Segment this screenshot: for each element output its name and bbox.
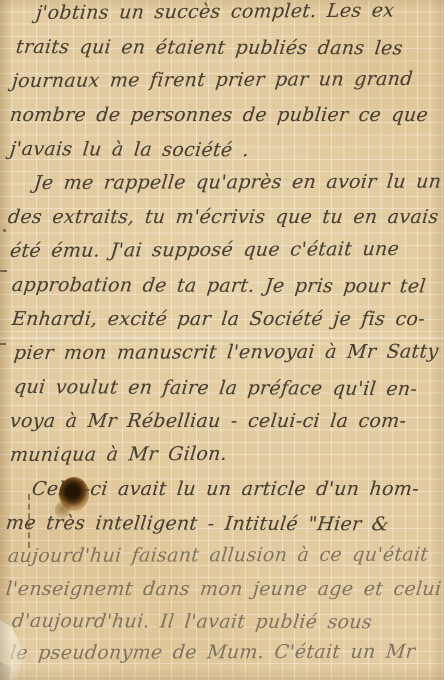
handwriting-line: voya à Mr Rébelliau - celui-ci la com- [9, 410, 408, 433]
handwriting-line: j'obtins un succès complet. Les ex [35, 0, 396, 25]
handwriting-line: l'enseignemt dans mon jeune age et celui [5, 578, 443, 601]
letter-page: j'obtins un succès complet. Les extraits… [0, 0, 444, 680]
handwriting-line: le pseudonyme de Mum. C'était un Mr [9, 641, 416, 665]
handwriting-line: pier mon manuscrit l'envoyai à Mr Satty [13, 341, 440, 365]
handwriting-line: qui voulut en faire la préface qu'il en- [13, 376, 419, 401]
handwriting-line: des extraits, tu m'écrivis que tu en ava… [7, 206, 440, 229]
handwriting-line: d'aujourd'hui. Il l'avait publié sous [11, 610, 373, 634]
handwriting-line: été ému. J'ai supposé que c'était une [9, 238, 400, 263]
handwriting-line: Je me rappelle qu'après en avoir lu un [33, 171, 443, 195]
handwriting-line: Enhardi, excité par la Société je fis co… [11, 308, 426, 331]
handwriting-line: journaux me firent prier par un grand [11, 68, 414, 93]
letter-lines: j'obtins un succès complet. Les extraits… [0, 0, 444, 680]
handwriting-line: traits qui en étaient publiés dans les [15, 36, 404, 60]
handwriting-line: approbation de ta part. Je pris pour tel [11, 274, 427, 298]
handwriting-line: Celui-ci avait lu un article d'un hom- [31, 478, 420, 501]
handwriting-line: muniqua à Mr Gilon. [9, 443, 228, 467]
handwriting-line: j'avais lu à la société . [9, 138, 251, 162]
handwriting-line: aujourd'hui faisant allusion à ce qu'éta… [7, 544, 430, 568]
handwriting-line: nombre de personnes de publier ce que [9, 104, 429, 127]
